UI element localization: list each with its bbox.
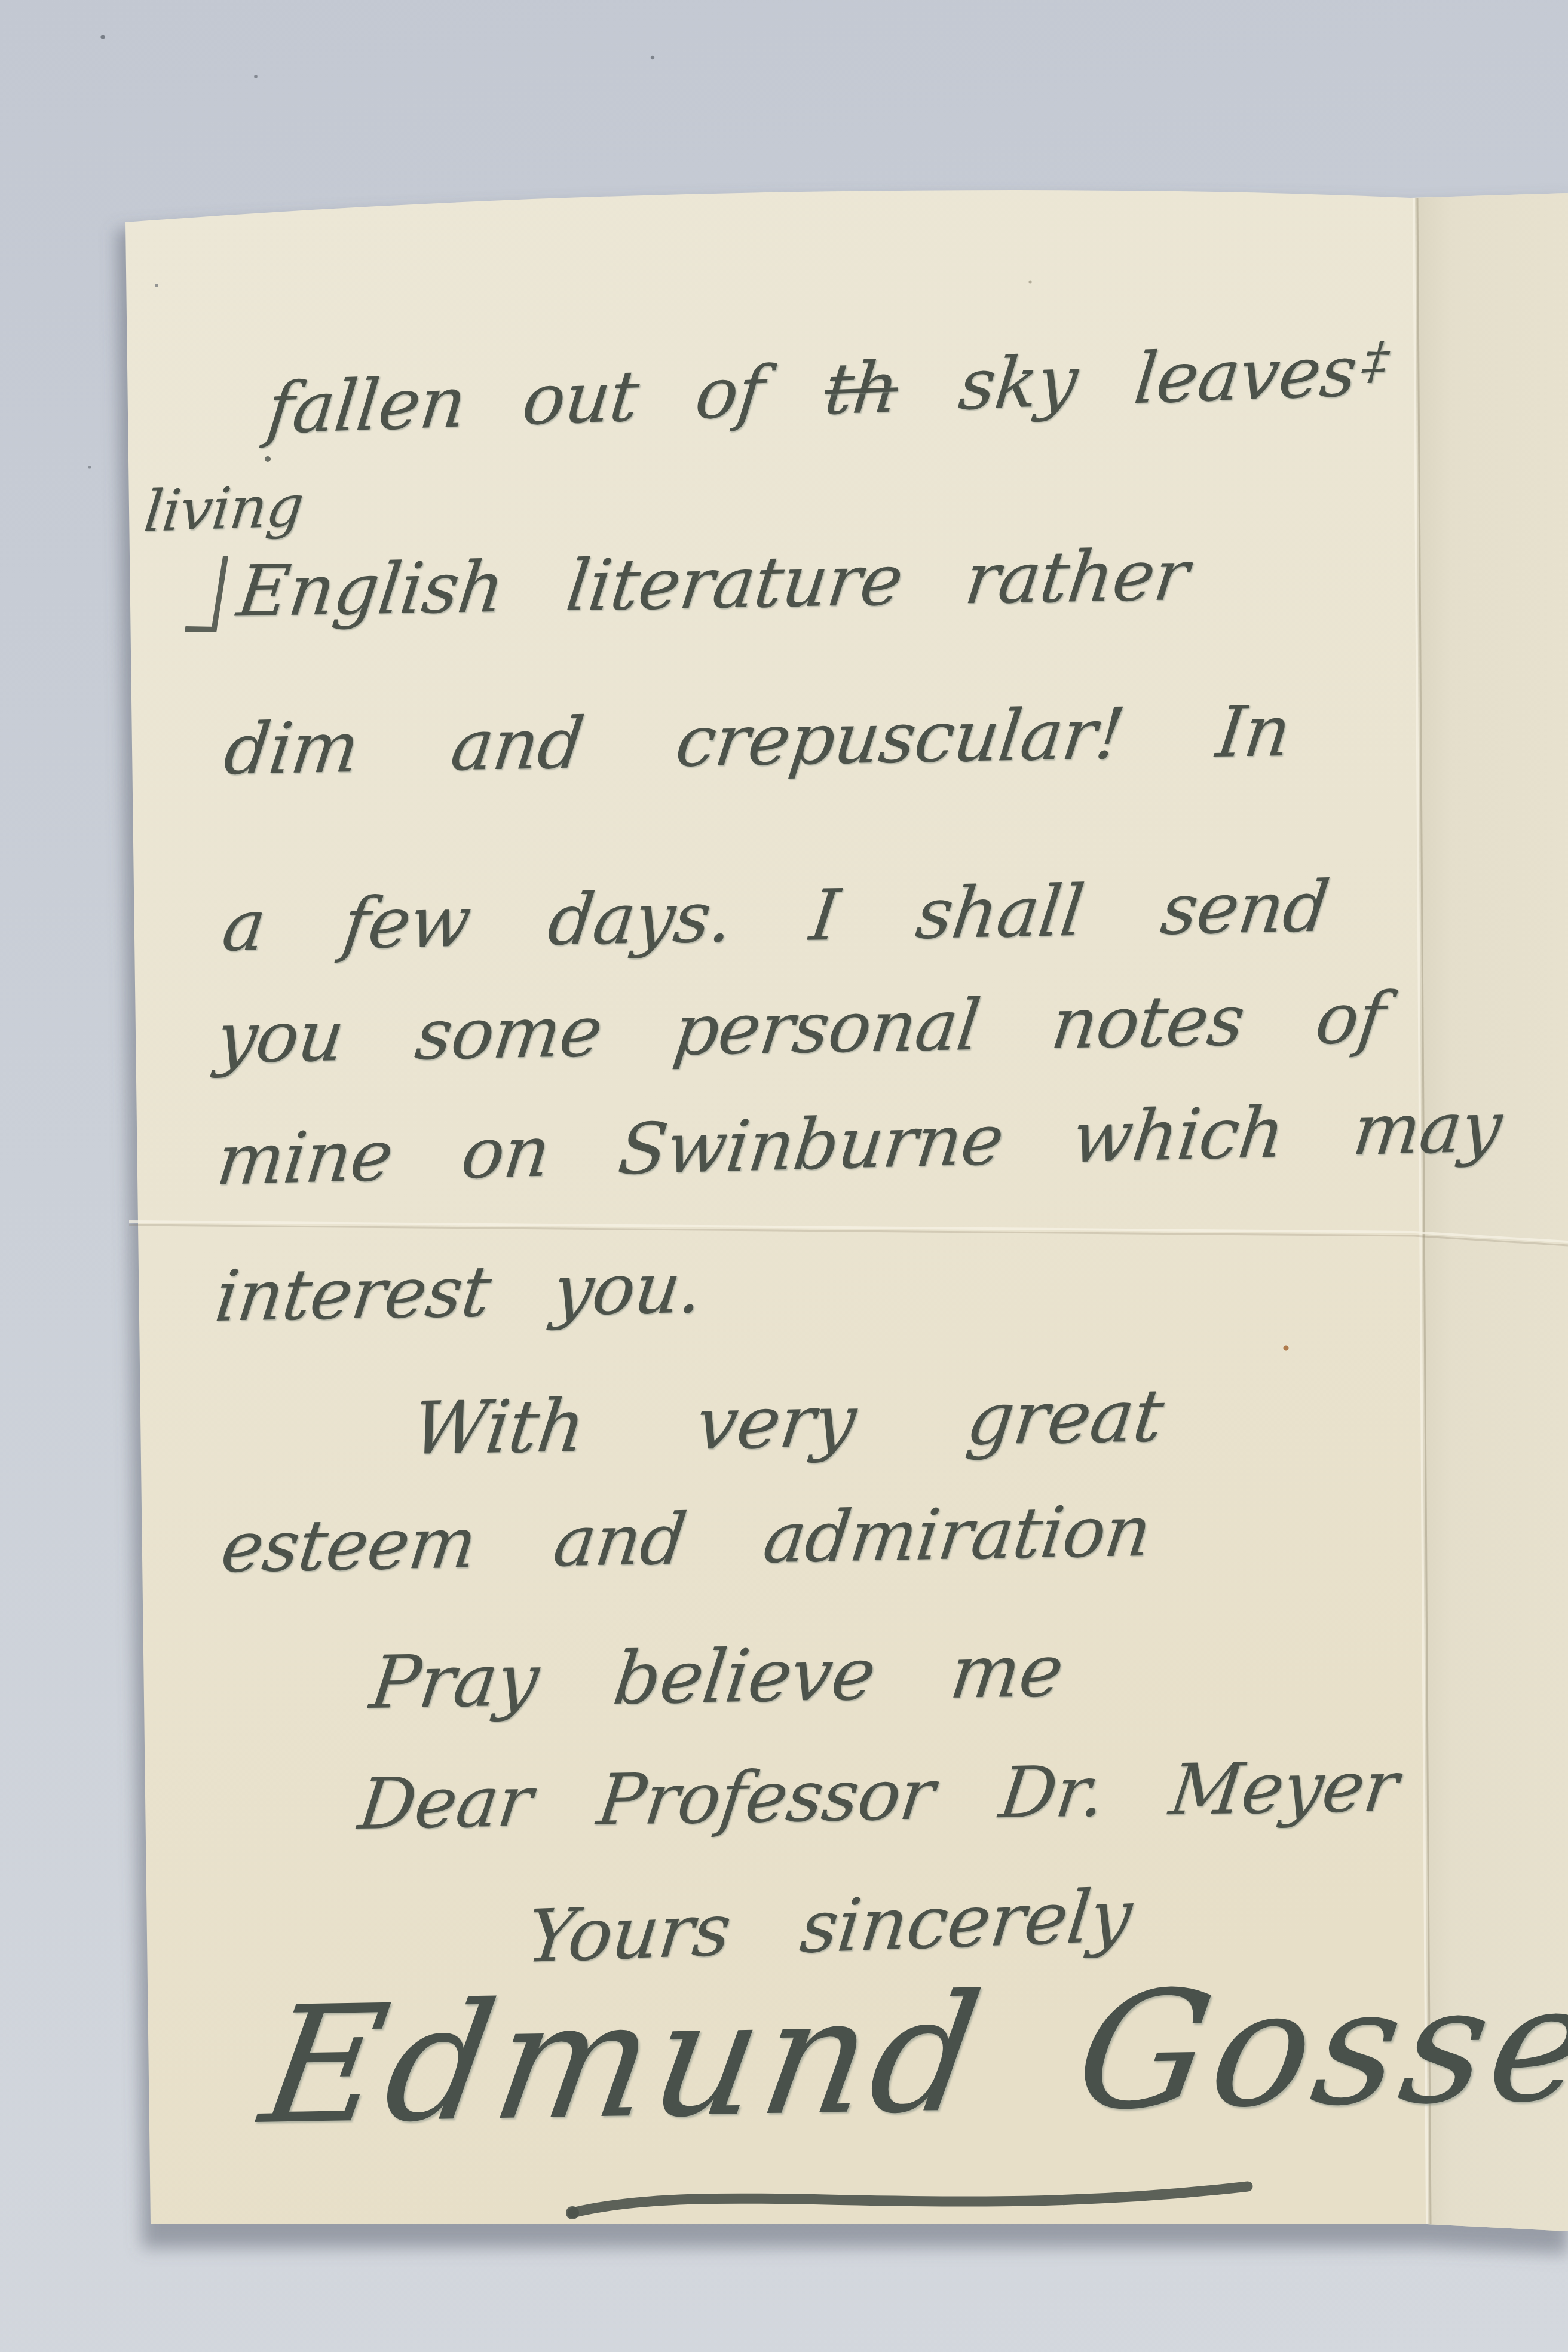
- margin-insertion-word: living: [141, 473, 307, 545]
- letter-line: you some personal notes of: [212, 976, 1389, 1079]
- letter-line: Dear Professor Dr. Meyer: [354, 1745, 1402, 1845]
- letter-line: dim and crepuscular! In: [220, 690, 1295, 791]
- letter-line: a few days. I shall send: [218, 865, 1333, 967]
- line1-prefix: fallen out of: [263, 350, 768, 450]
- letter-line: interest you.: [211, 1247, 707, 1337]
- struck-word: th: [817, 345, 906, 431]
- letter-line: fallen out of th sky leaves‡: [263, 329, 1392, 450]
- letter-line: mine on Swinburne which may: [213, 1085, 1506, 1201]
- letter-line: Pray believe me: [366, 1628, 1068, 1725]
- handwriting-layer: fallen out of th sky leaves‡ living Engl…: [0, 0, 1568, 2352]
- letter-line: With very great: [408, 1373, 1168, 1471]
- line-text: English literature rather: [233, 534, 1193, 633]
- insertion-mark: ‡: [1360, 331, 1392, 391]
- insertion-bracket: [185, 556, 228, 632]
- letter-photo-scene: fallen out of th sky leaves‡ living Engl…: [0, 0, 1568, 2352]
- signature: Edmund Gosse: [251, 1949, 1568, 2160]
- signature-underline: [556, 2160, 1267, 2232]
- letter-line: esteem and admiration: [217, 1490, 1155, 1588]
- letter-line: English literature rather: [186, 523, 1194, 633]
- line1-suffix: sky leaves: [955, 330, 1361, 426]
